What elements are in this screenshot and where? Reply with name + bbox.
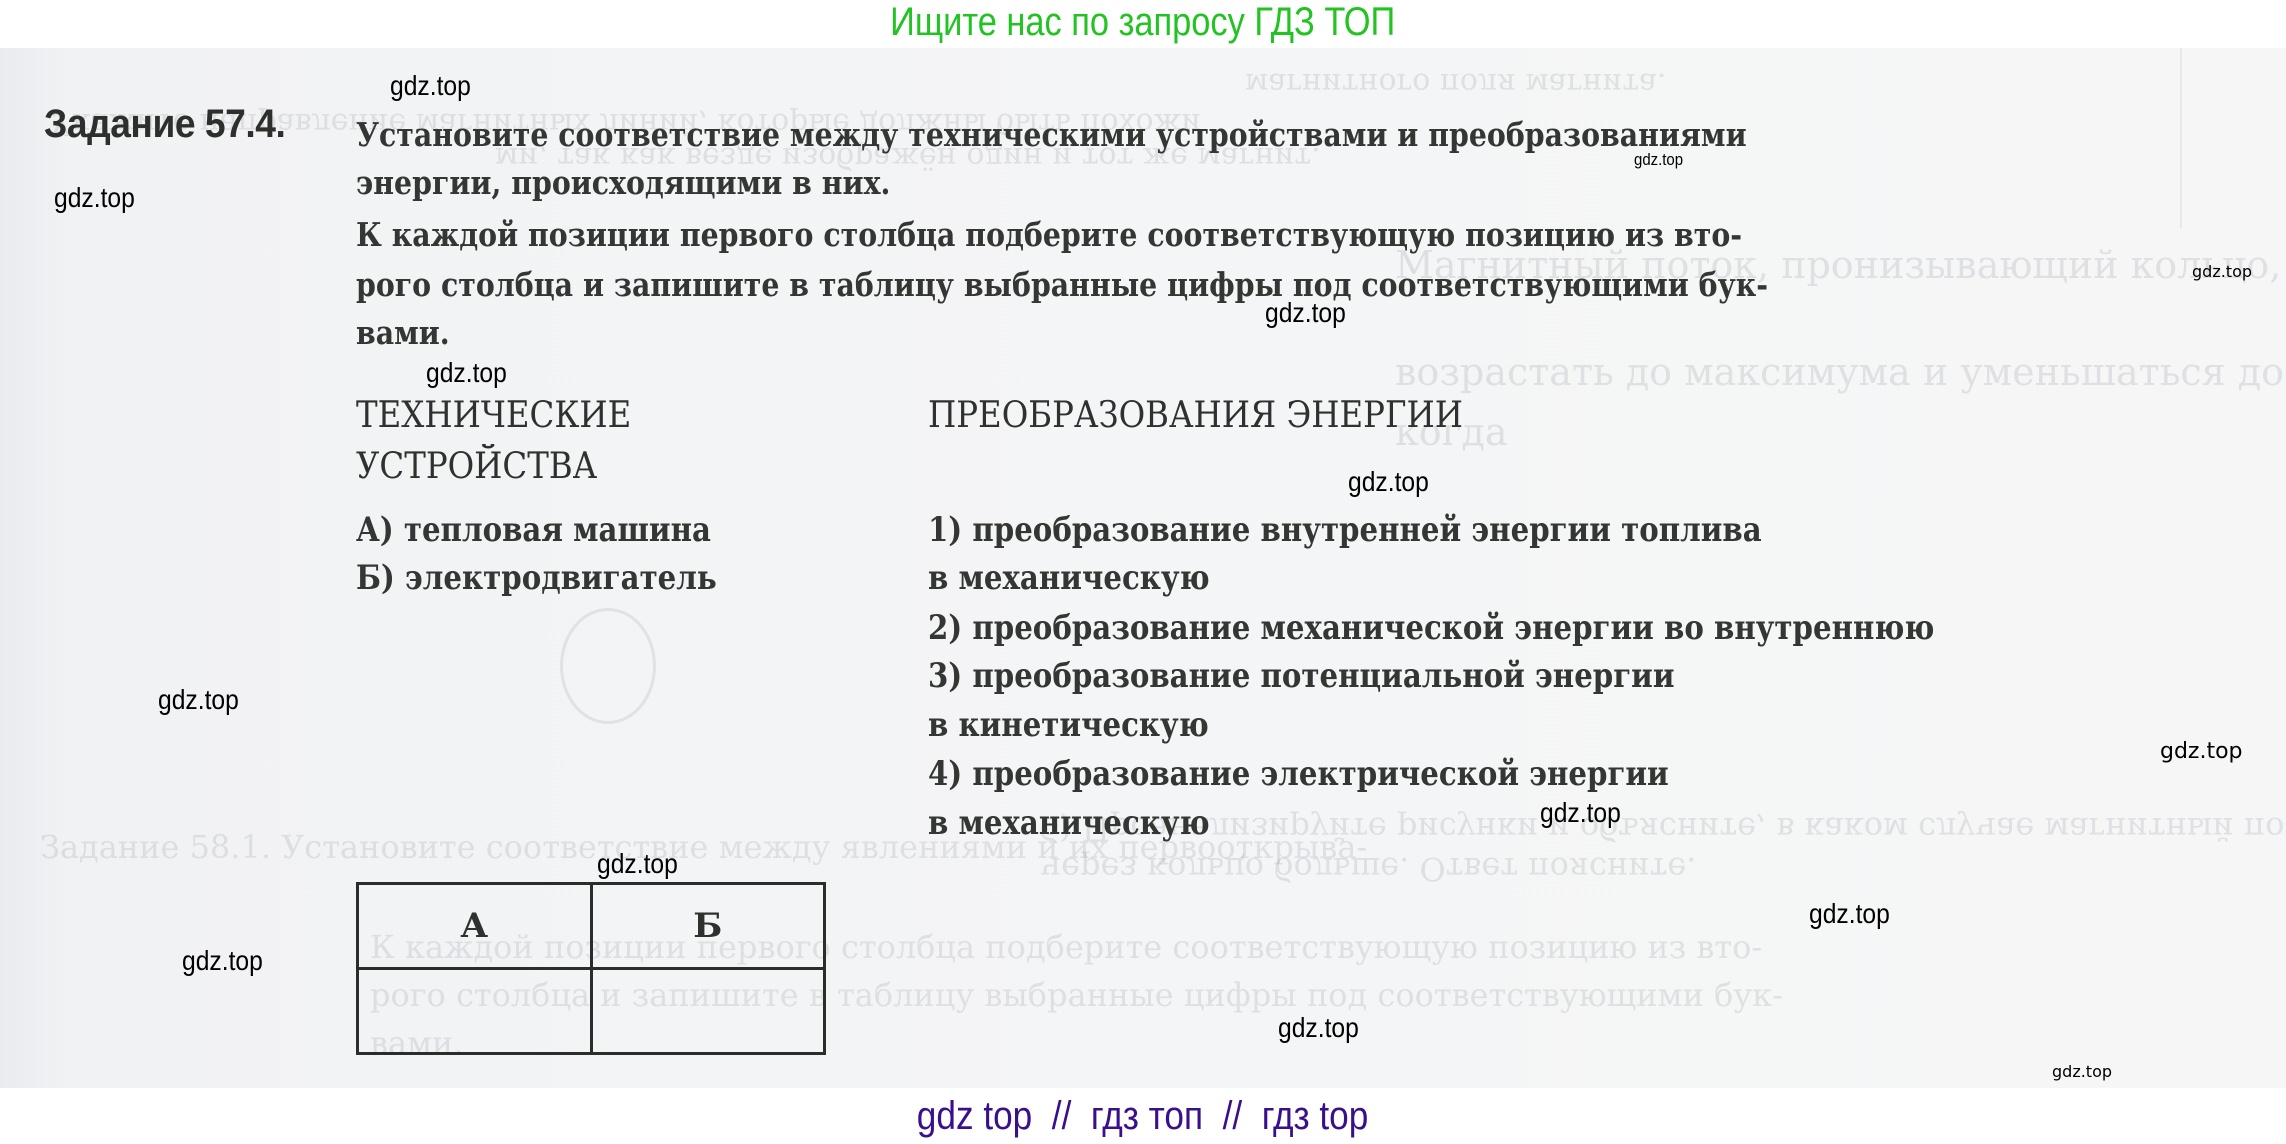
ghost-text: магнитного поля магнита. bbox=[1245, 66, 1666, 101]
device-item-a: А) тепловая машина bbox=[356, 510, 711, 550]
watermark: gdz.top bbox=[1809, 898, 1890, 930]
instruction-line: К каждой позиции первого столбца подбери… bbox=[356, 210, 1742, 260]
watermark: gdz.top bbox=[390, 70, 471, 102]
watermark: gdz.top bbox=[1540, 797, 1621, 829]
watermark: gdz.top bbox=[2052, 1062, 2112, 1081]
answer-cell-a[interactable] bbox=[358, 969, 592, 1054]
device-key: А) bbox=[356, 510, 394, 550]
watermark: gdz.top bbox=[1634, 150, 1683, 170]
answer-cell-b[interactable] bbox=[591, 969, 825, 1054]
ghost-circle bbox=[560, 608, 656, 724]
watermark: gdz.top bbox=[1348, 466, 1429, 498]
watermark: gdz.top bbox=[2192, 262, 2252, 281]
watermark: gdz.top bbox=[2160, 739, 2243, 764]
device-item-b: Б) электродвигатель bbox=[356, 558, 717, 598]
instruction-line: рого столбца и запишите в таблицу выбран… bbox=[356, 260, 1768, 310]
device-key: Б) bbox=[356, 558, 395, 598]
instruction-line: Установите соответствие между технически… bbox=[356, 110, 1747, 160]
conversion-item: в механическую bbox=[928, 803, 1210, 843]
bottom-banner: gdz top // гдз топ // гдз top bbox=[0, 1088, 2286, 1144]
conversion-item: в кинетическую bbox=[928, 705, 1209, 745]
conversion-item: 4) преобразование электрической энергии bbox=[928, 754, 1669, 794]
conversion-item: 2) преобразование механической энергии в… bbox=[928, 608, 1934, 648]
watermark: gdz.top bbox=[182, 945, 263, 977]
left-column-header: УСТРОЙСТВА bbox=[356, 446, 597, 487]
right-column-header: ПРЕОБРАЗОВАНИЯ ЭНЕРГИИ bbox=[928, 395, 1463, 436]
top-banner-text: Ищите нас по запросу ГДЗ ТОП bbox=[890, 0, 1395, 44]
ghost-text: возрастать до максимума и уменьшаться до… bbox=[1395, 350, 2286, 394]
watermark: gdz.top bbox=[1265, 297, 1346, 329]
watermark: gdz.top bbox=[1278, 1012, 1359, 1044]
watermark: gdz.top bbox=[54, 182, 135, 214]
instruction-line: энергии, происходящими в них. bbox=[356, 158, 890, 208]
ghost-line bbox=[2180, 48, 2182, 228]
left-column-header: ТЕХНИЧЕСКИЕ bbox=[356, 395, 631, 436]
conversion-item: 3) преобразование потенциальной энергии bbox=[928, 656, 1675, 696]
watermark: gdz.top bbox=[158, 684, 239, 716]
answer-header-b: Б bbox=[591, 884, 825, 969]
instruction-line: вами. bbox=[356, 308, 450, 358]
device-text: электродвигатель bbox=[405, 558, 717, 598]
conversion-item: 1) преобразование внутренней энергии топ… bbox=[928, 510, 1762, 550]
device-text: тепловая машина bbox=[404, 510, 711, 550]
watermark: gdz.top bbox=[426, 357, 507, 389]
answer-header-a: А bbox=[358, 884, 592, 969]
watermark: gdz.top bbox=[597, 848, 678, 880]
answer-table: А Б bbox=[356, 882, 826, 1055]
top-banner: Ищите нас по запросу ГДЗ ТОП bbox=[0, 0, 2286, 48]
task-label: Задание 57.4. bbox=[44, 102, 285, 147]
bottom-banner-text: gdz top // гдз топ // гдз top bbox=[917, 1088, 1369, 1144]
conversion-item: в механическую bbox=[928, 558, 1210, 598]
